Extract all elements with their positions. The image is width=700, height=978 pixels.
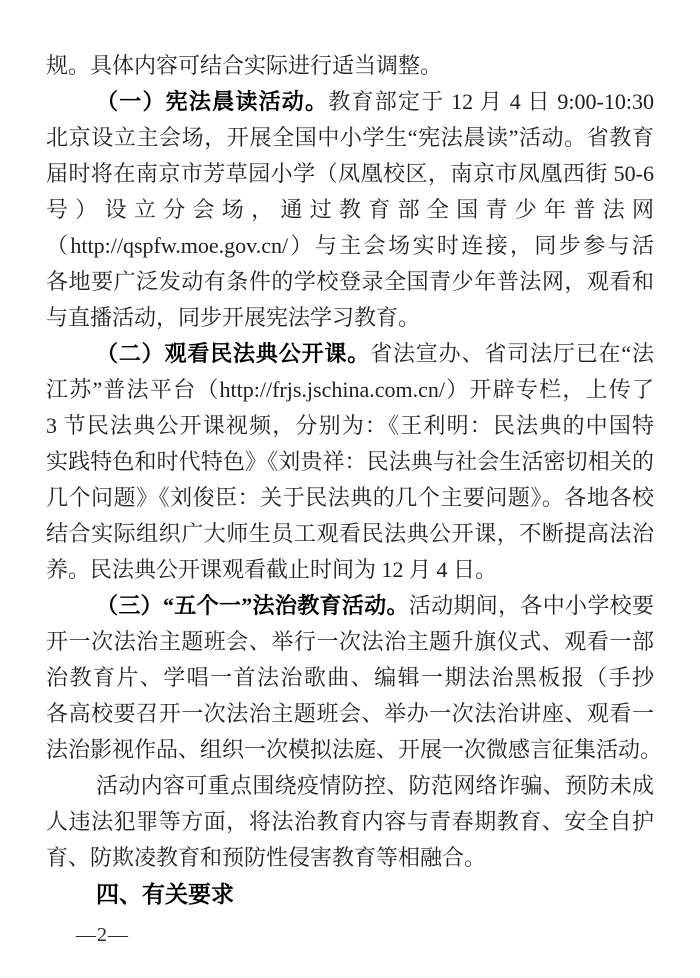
text-run: 活动内容可重点围绕疫情防控、防范网络诈骗、预防未成年 — [46, 773, 654, 804]
text-run: 3 节民法典公开课视频，分别为：《王利明：民法典的中国特色、 — [46, 413, 654, 444]
document-line: 活动内容可重点围绕疫情防控、防范网络诈骗、预防未成年 — [46, 768, 654, 804]
document-line: 育、防欺凌教育和预防性侵害教育等相融合。 — [46, 840, 654, 876]
document-line: 江苏”普法平台（http://frjs.jschina.com.cn/）开辟专栏… — [46, 372, 654, 408]
bold-run: （二）观看民法典公开课。 — [96, 341, 370, 366]
bold-run: 四、有关要求 — [96, 881, 234, 907]
text-run: 法治影视作品、组织一次模拟法庭、开展一次微感言征集活动。 — [46, 737, 654, 762]
text-run: 实践特色和时代特色》《刘贵祥：民法典与社会生活密切相关的 — [46, 449, 654, 474]
document-line: 届时将在南京市芳草园小学（凤凰校区，南京市凤凰西街 50-6 — [46, 156, 654, 192]
bold-run: （一）宪法晨读活动。 — [96, 89, 328, 114]
text-run: 各高校要召开一次法治主题班会、举办一次法治讲座、观看一部 — [46, 701, 654, 732]
bold-run: （三）“五个一”法治教育活动。 — [96, 593, 409, 618]
document-line: （http://qspfw.moe.gov.cn/）与主会场实时连接，同步参与活… — [46, 228, 654, 264]
document-line: 几个问题》《刘俊臣：关于民法典的几个主要问题》。各地各校可 — [46, 480, 654, 516]
text-run: 养。民法典公开课观看截止时间为 12 月 4 日。 — [46, 557, 497, 582]
text-run: 规。具体内容可结合实际进行适当调整。 — [46, 53, 442, 78]
text-run: 各地要广泛发动有条件的学校登录全国青少年普法网，观看和参 — [46, 269, 654, 300]
text-run: 北京设立主会场，开展全国中小学生“宪法晨读”活动。省教育厅 — [46, 125, 654, 156]
document-body: 规。具体内容可结合实际进行适当调整。（一）宪法晨读活动。教育部定于 12 月 4… — [46, 48, 654, 912]
text-run: 号）设立分会场，通过教育部全国青少年普法网 — [46, 197, 654, 222]
text-run: （http://qspfw.moe.gov.cn/）与主会场实时连接，同步参与活… — [46, 233, 654, 264]
text-run: 治教育片、学唱一首法治歌曲、编辑一期法治黑板报（手抄报）。 — [46, 665, 654, 696]
document-page: 规。具体内容可结合实际进行适当调整。（一）宪法晨读活动。教育部定于 12 月 4… — [0, 0, 700, 978]
text-run: 开一次法治主题班会、举行一次法治主题升旗仪式、观看一部法 — [46, 629, 654, 660]
document-line: 北京设立主会场，开展全国中小学生“宪法晨读”活动。省教育厅 — [46, 120, 654, 156]
document-line: （三）“五个一”法治教育活动。活动期间，各中小学校要召 — [46, 588, 654, 624]
document-line: 结合实际组织广大师生员工观看民法典公开课，不断提高法治素 — [46, 516, 654, 552]
text-run: 届时将在南京市芳草园小学（凤凰校区，南京市凤凰西街 50-6 — [46, 161, 654, 186]
text-run: 与直播活动，同步开展宪法学习教育。 — [46, 305, 420, 330]
text-run: 几个问题》《刘俊臣：关于民法典的几个主要问题》。各地各校可 — [46, 485, 654, 516]
document-line: 与直播活动，同步开展宪法学习教育。 — [46, 300, 654, 336]
text-run: 人违法犯罪等方面，将法治教育内容与青春期教育、安全自护教 — [46, 809, 654, 840]
page-number: —2— — [76, 924, 129, 947]
document-line: 号）设立分会场，通过教育部全国青少年普法网 — [46, 192, 654, 228]
document-line: 养。民法典公开课观看截止时间为 12 月 4 日。 — [46, 552, 654, 588]
document-line: 规。具体内容可结合实际进行适当调整。 — [46, 48, 654, 84]
document-line: 3 节民法典公开课视频，分别为：《王利明：民法典的中国特色、 — [46, 408, 654, 444]
document-line: 开一次法治主题班会、举行一次法治主题升旗仪式、观看一部法 — [46, 624, 654, 660]
section-heading: 四、有关要求 — [46, 876, 654, 912]
document-line: 法治影视作品、组织一次模拟法庭、开展一次微感言征集活动。 — [46, 732, 654, 768]
text-run: 结合实际组织广大师生员工观看民法典公开课，不断提高法治素 — [46, 521, 654, 552]
document-line: （一）宪法晨读活动。教育部定于 12 月 4 日 9:00-10:30 在 — [46, 84, 654, 120]
document-line: 人违法犯罪等方面，将法治教育内容与青春期教育、安全自护教 — [46, 804, 654, 840]
document-line: 各地要广泛发动有条件的学校登录全国青少年普法网，观看和参 — [46, 264, 654, 300]
text-run: 江苏”普法平台（http://frjs.jschina.com.cn/）开辟专栏… — [46, 377, 654, 402]
document-line: 治教育片、学唱一首法治歌曲、编辑一期法治黑板报（手抄报）。 — [46, 660, 654, 696]
document-line: （二）观看民法典公开课。省法宣办、省司法厅已在“法润 — [46, 336, 654, 372]
text-run: 育、防欺凌教育和预防性侵害教育等相融合。 — [46, 845, 486, 870]
document-line: 各高校要召开一次法治主题班会、举办一次法治讲座、观看一部 — [46, 696, 654, 732]
document-line: 实践特色和时代特色》《刘贵祥：民法典与社会生活密切相关的 — [46, 444, 654, 480]
